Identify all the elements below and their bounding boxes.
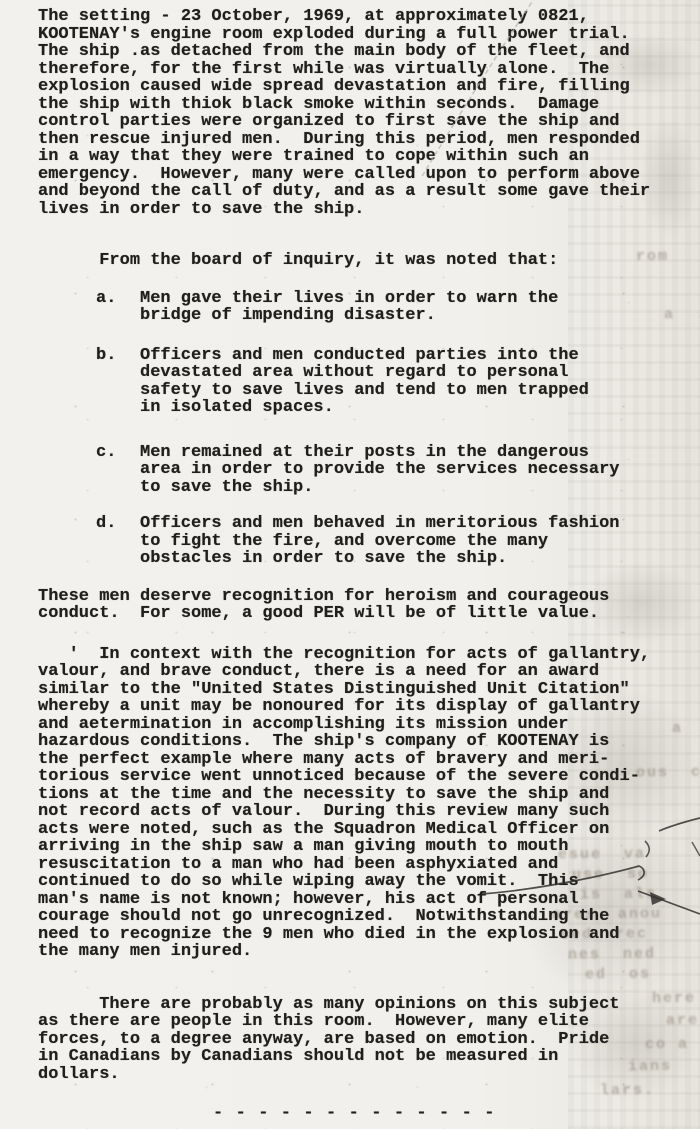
finding-item-a: a. Men gave their lives in order to warn…	[38, 290, 680, 325]
finding-item-b: b. Officers and men conducted parties in…	[38, 347, 680, 417]
finding-text: Officers and men conducted parties into …	[140, 347, 589, 417]
paragraph-award-context: ' In context with the recognition for ac…	[38, 646, 680, 961]
finding-label: d.	[96, 515, 140, 568]
scanned-document-page: rom a . a ous co esue va use so is als a…	[0, 0, 700, 1129]
document-body: The setting - 23 October, 1969, at appro…	[0, 0, 700, 1123]
dashed-separator: - - - - - - - - - - - - -	[38, 1105, 680, 1123]
finding-label: c.	[96, 444, 140, 497]
paragraph-inquiry-intro: From the board of inquiry, it was noted …	[38, 252, 680, 270]
paragraph-recognition: These men deserve recognition for herois…	[38, 588, 680, 623]
finding-text: Men remained at their posts in the dange…	[140, 444, 619, 497]
paragraph-opinions: There are probably as many opinions on t…	[38, 996, 680, 1084]
finding-item-c: c. Men remained at their posts in the da…	[38, 444, 680, 497]
finding-label: a.	[96, 290, 140, 325]
paragraph-opening: The setting - 23 October, 1969, at appro…	[38, 8, 680, 218]
finding-item-d: d. Officers and men behaved in meritorio…	[38, 515, 680, 568]
finding-label: b.	[96, 347, 140, 417]
finding-text: Men gave their lives in order to warn th…	[140, 290, 558, 325]
finding-text: Officers and men behaved in meritorious …	[140, 515, 619, 568]
